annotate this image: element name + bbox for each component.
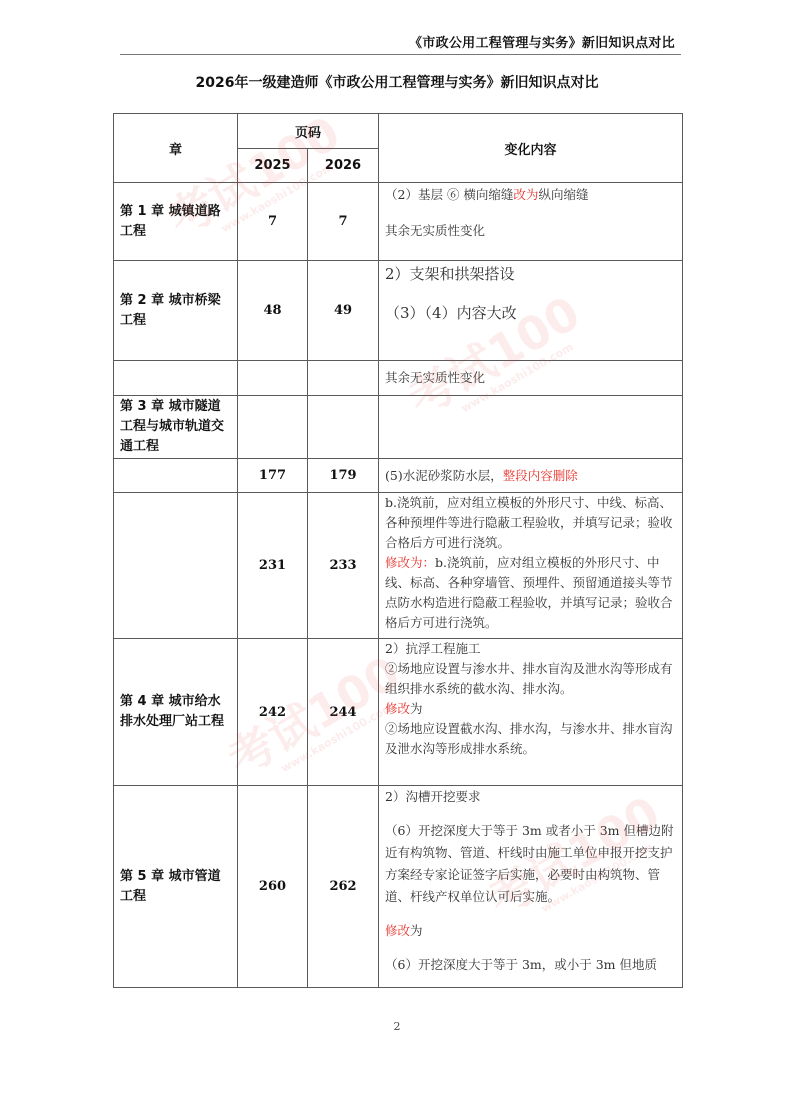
change-cell: （2）基层 ⑥ 横向缩缝改为纵向缩缝 其余无实质性变化 [379,183,683,261]
page-2026: 179 [308,459,379,493]
change-line: 修改为：b.浇筑前，应对组立模板的外形尺寸、中线、标高、各种穿墙管、预埋件、预留… [385,553,676,633]
change-line: ②场地应设置与渗水井、排水盲沟及泄水沟等形成有组织排水系统的截水沟、排水沟。 [385,659,676,699]
change-cell: 2）抗浮工程施工 ②场地应设置与渗水井、排水盲沟及泄水沟等形成有组织排水系统的截… [379,639,683,786]
page-2026: 233 [308,493,379,639]
chapter-cell [114,459,238,493]
page-number: 2 [0,1020,794,1033]
change-cell: 2）沟槽开挖要求 （6）开挖深度大于等于 3m 或者小于 3m 但槽边附近有构筑… [379,786,683,988]
table-row: 177 179 (5)水泥砂浆防水层，整段内容删除 [114,459,683,493]
page-2026 [308,361,379,396]
change-cell: b.浇筑前，应对组立模板的外形尺寸、中线、标高、各种预埋件等进行隐蔽工程验收，并… [379,493,683,639]
change-line: 其余无实质性变化 [385,368,676,388]
chapter-cell: 第 4 章 城市给水排水处理厂站工程 [114,639,238,786]
header-chapter: 章 [114,114,238,183]
change-line: 修改为 [385,920,676,942]
chapter-cell: 第 3 章 城市隧道工程与城市轨道交通工程 [114,396,238,459]
page-2025: 231 [238,493,308,639]
page-2026: 49 [308,261,379,361]
change-line: 修改为 [385,699,676,719]
change-cell: 2）支架和拱架搭设 （3）（4）内容大改 [379,261,683,361]
table-row: 第 3 章 城市隧道工程与城市轨道交通工程 [114,396,683,459]
change-line: 2）抗浮工程施工 [385,639,676,659]
page-2025: 242 [238,639,308,786]
page-2025 [238,361,308,396]
table-row: 第 1 章 城镇道路工程 7 7 （2）基层 ⑥ 横向缩缝改为纵向缩缝 其余无实… [114,183,683,261]
change-line: 2）沟槽开挖要求 [385,786,676,808]
change-line: (5)水泥砂浆防水层，整段内容删除 [385,466,676,486]
table-row: 第 4 章 城市给水排水处理厂站工程 242 244 2）抗浮工程施工 ②场地应… [114,639,683,786]
page-2026 [308,396,379,459]
change-cell [379,396,683,459]
document-title: 2026年一级建造师《市政公用工程管理与实务》新旧知识点对比 [0,72,794,92]
page-2026: 7 [308,183,379,261]
running-header-text: 《市政公用工程管理与实务》新旧知识点对比 [409,32,675,51]
page-2026: 262 [308,786,379,988]
header-page: 页码 [238,114,379,149]
chapter-cell: 第 2 章 城市桥梁工程 [114,261,238,361]
chapter-cell [114,493,238,639]
header-changes: 变化内容 [379,114,683,183]
change-line: b.浇筑前，应对组立模板的外形尺寸、中线、标高、各种预埋件等进行隐蔽工程验收，并… [385,493,676,553]
comparison-table: 章 页码 变化内容 2025 2026 第 1 章 城镇道路工程 7 7 （2）… [113,113,683,988]
change-line: （3）（4）内容大改 [385,300,676,327]
chapter-cell: 第 1 章 城镇道路工程 [114,183,238,261]
change-line: ②场地应设置截水沟、排水沟，与渗水井、排水盲沟及泄水沟等形成排水系统。 [385,719,676,759]
table-row: 第 2 章 城市桥梁工程 48 49 2）支架和拱架搭设 （3）（4）内容大改 [114,261,683,361]
table-row: 231 233 b.浇筑前，应对组立模板的外形尺寸、中线、标高、各种预埋件等进行… [114,493,683,639]
page-2025: 7 [238,183,308,261]
page-2025: 48 [238,261,308,361]
running-header: 《市政公用工程管理与实务》新旧知识点对比 [120,0,681,55]
table-row: 其余无实质性变化 [114,361,683,396]
header-2026: 2026 [308,149,379,183]
chapter-cell: 第 5 章 城市管道工程 [114,786,238,988]
change-cell: (5)水泥砂浆防水层，整段内容删除 [379,459,683,493]
change-line: 其余无实质性变化 [385,221,676,241]
change-line: （2）基层 ⑥ 横向缩缝改为纵向缩缝 [385,185,676,205]
page-2026: 244 [308,639,379,786]
table-row: 第 5 章 城市管道工程 260 262 2）沟槽开挖要求 （6）开挖深度大于等… [114,786,683,988]
change-line: （6）开挖深度大于等于 3m，或小于 3m 但地质 [385,954,676,976]
change-line: （6）开挖深度大于等于 3m 或者小于 3m 但槽边附近有构筑物、管道、杆线时由… [385,820,676,908]
chapter-cell [114,361,238,396]
page-2025: 177 [238,459,308,493]
page-2025: 260 [238,786,308,988]
header-2025: 2025 [238,149,308,183]
change-line: 2）支架和拱架搭设 [385,261,676,288]
page-2025 [238,396,308,459]
change-cell: 其余无实质性变化 [379,361,683,396]
